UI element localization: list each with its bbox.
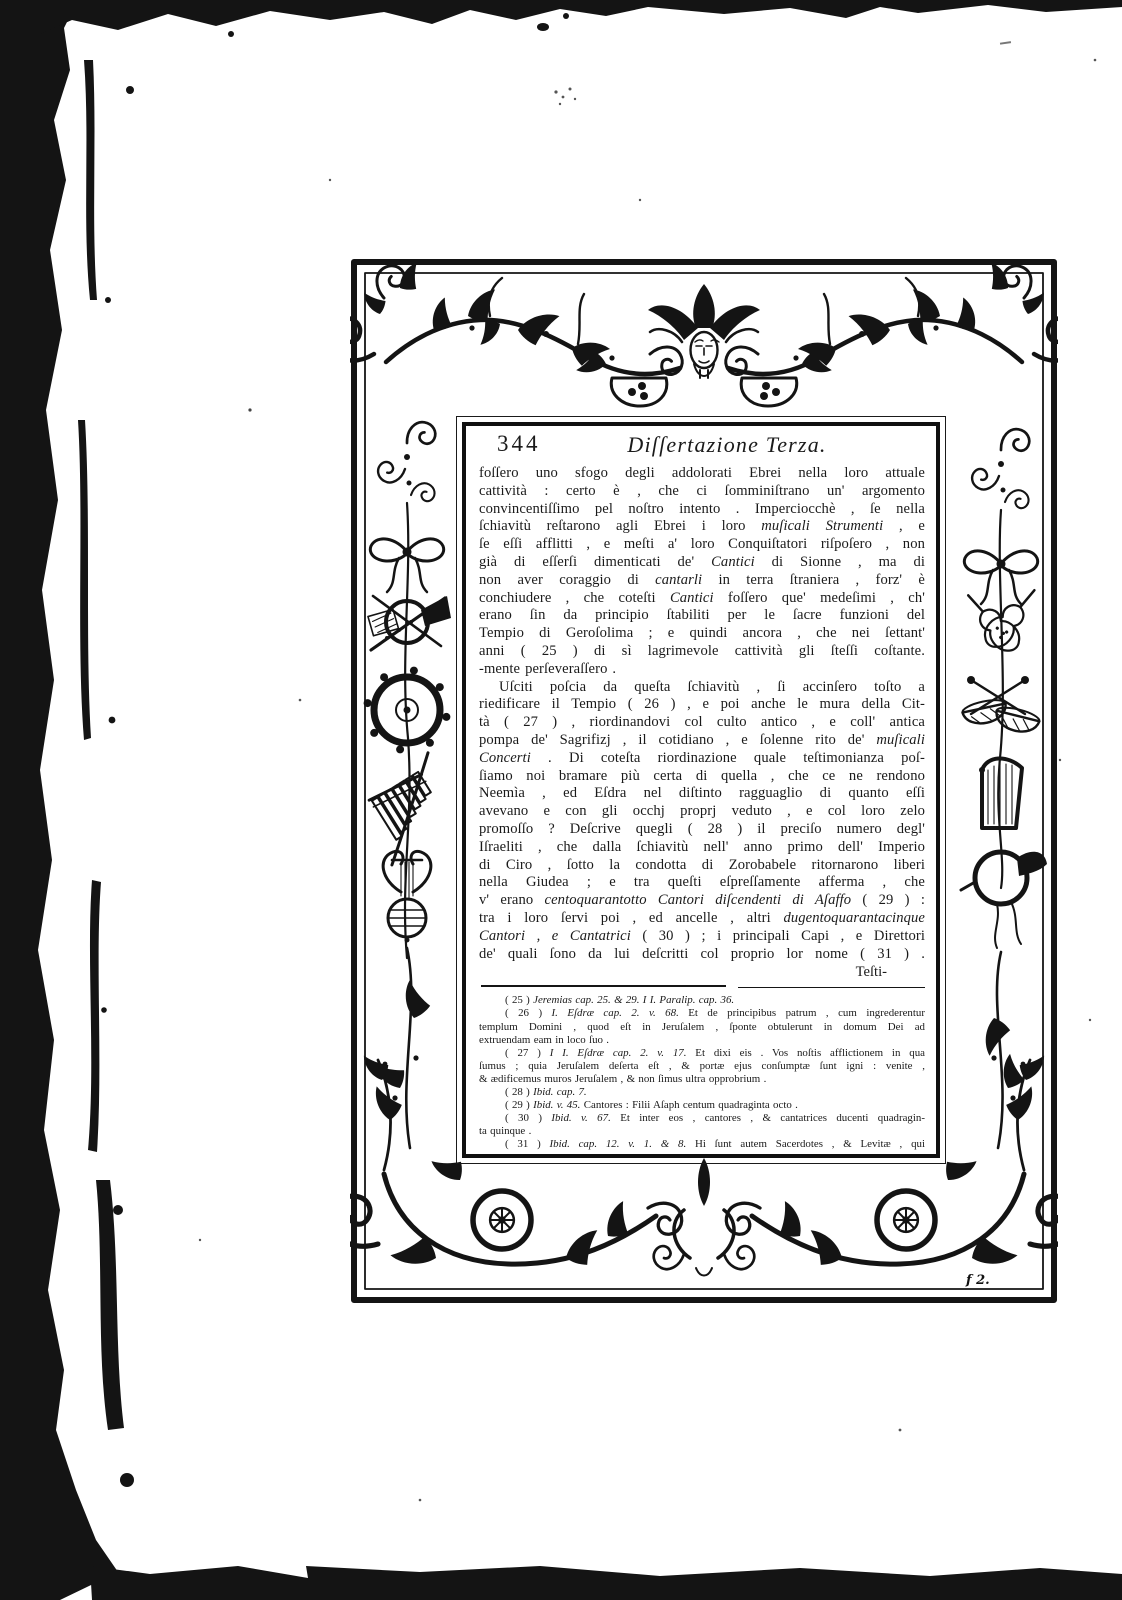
- body-line: erano ſin da principio ſtabiliti per le …: [479, 607, 925, 625]
- body-line: ſe eſſi afflitti , e meſti a' loro Conqu…: [479, 536, 925, 554]
- footnote-line: ( 27 ) I I. Eſdræ cap. 2. v. 17. Et dixi…: [479, 1047, 925, 1060]
- torn-gutter-edge: [0, 0, 118, 1600]
- body-line: conchiudere , che coteſti Cantici foſſer…: [479, 590, 925, 608]
- body-line: pompa de' Sagrifizj , il cotidiano , e ſ…: [479, 732, 925, 750]
- footnote-line: templum Domini , quod eſt in Jeruſalem ,…: [479, 1021, 925, 1034]
- footnote-line: extruendam eam in loco ſuo .: [479, 1034, 925, 1047]
- body-line: v' erano centoquarantotto Cantori diſcen…: [479, 892, 925, 910]
- body-line: nella Giudea ; e tra queſti eſpreſſament…: [479, 874, 925, 892]
- body-line: convincentiſſimo pel noſtro intento . Im…: [479, 501, 925, 519]
- tambourine-icon: [364, 667, 451, 754]
- text-block: 344 Diſſertazione Terza. foſſero uno sfo…: [462, 422, 940, 1158]
- footnote-line: ( 28 ) Ibid. cap. 7.: [479, 1086, 925, 1099]
- horn-and-flute-icon: [368, 596, 451, 650]
- plate-mark: f 2.: [965, 1273, 990, 1288]
- kettledrums-icon: [961, 676, 1041, 736]
- top-ornament: [350, 261, 1058, 406]
- page-number: 344: [497, 431, 541, 457]
- body-line: foſſero uno sfogo degli addolorati Ebrei…: [479, 465, 925, 483]
- body-line: riedificare il Tempio ( 26 ) , e poi anc…: [479, 696, 925, 714]
- body-line: tà ( 27 ) , riordinandovi col culto anti…: [479, 714, 925, 732]
- bottom-edge-strip: [90, 1566, 1122, 1600]
- footnote-line: ta quinque .: [479, 1125, 925, 1138]
- footnote-line: ( 26 ) I. Eſdræ cap. 2. v. 68. Et de pri…: [479, 1007, 925, 1020]
- body-line: anni ( 25 ) di sì lagrimevole cattività …: [479, 643, 925, 661]
- body-line: tra i loro ſervi poi , ed ancelle , altr…: [479, 910, 925, 928]
- top-edge-strip: [0, 0, 1122, 34]
- body-line: cattività : certo è , che ci ſomminiſtra…: [479, 483, 925, 501]
- body-line: Cantori , e Cantatrici ( 30 ) ; i princi…: [479, 928, 925, 946]
- footnote-line: & ædificemus muros Jeruſalem , & non ſim…: [479, 1073, 925, 1086]
- body-line: de' quali ſono da lui deſcritti col prop…: [479, 946, 925, 964]
- body-line: di Ciro , ſotto la condotta di Zorobabel…: [479, 857, 925, 875]
- footnote-line: ( 29 ) Ibid. v. 45. Cantores : Filii Aſa…: [479, 1099, 925, 1112]
- running-title: Diſſertazione Terza.: [569, 432, 885, 458]
- body-line: avevano e con gli occhj proprj veduto , …: [479, 803, 925, 821]
- footnote-line: ſumus ; quia Jeruſalem deſerta eſt , & p…: [479, 1060, 925, 1073]
- body-line: ſchiavitù reſtarono agli Ebrei i loro mu…: [479, 518, 925, 536]
- body-line: non aver coraggio di cantarli in terra ſ…: [479, 572, 925, 590]
- mask-face-icon: [648, 284, 760, 378]
- body-line: promoſſo ? Deſcrive quegli ( 28 ) il pre…: [479, 821, 925, 839]
- footnote-line: ( 25 ) Jeremias cap. 25. & 29. I I. Para…: [479, 994, 925, 1007]
- right-floral-stem: [997, 952, 1003, 1148]
- footnotes: ( 25 ) Jeremias cap. 25. & 29. I I. Para…: [479, 994, 925, 1151]
- hunting-horn-icon: [961, 852, 1047, 948]
- body-line: -mente perſeveraſſero .: [479, 661, 925, 679]
- body-line: Concerti . Di coteſta riordinazione qual…: [479, 750, 925, 768]
- footnote-line: ( 31 ) Ibid. cap. 12. v. 1. & 8. Hi ſunt…: [479, 1138, 925, 1151]
- text-block-inner: 344 Diſſertazione Terza. foſſero uno sfo…: [466, 426, 936, 1154]
- harp-icon: [979, 758, 1022, 828]
- body-line: Neemìa , ed Eſdra nel diſtinto ragguagli…: [479, 785, 925, 803]
- body-text: foſſero uno sfogo degli addolorati Ebrei…: [479, 465, 925, 963]
- body-line: Uſciti poſcia da queſta ſchiavitù , ſi a…: [479, 679, 925, 697]
- body-line: già di eſſerſi dimenticati de' Cantici d…: [479, 554, 925, 572]
- catchword: Teſti-: [479, 963, 925, 981]
- left-floral-stem: [406, 948, 411, 1148]
- left-instrument-trophy: [352, 420, 469, 1148]
- body-line: Tempio di Geroſolima ; e quindi ancora ,…: [479, 625, 925, 643]
- footnote-line: ( 30 ) Ibid. v. 67. Et inter eos , canto…: [479, 1112, 925, 1125]
- body-line: ſiamo noi bramare più certa di quella , …: [479, 768, 925, 786]
- page-header: 344 Diſſertazione Terza.: [479, 431, 925, 461]
- body-line: Iſraeliti , che dalla ſchiavitù nell' an…: [479, 839, 925, 857]
- right-instrument-trophy: [959, 427, 1047, 1148]
- scanned-book-page: f 2. 344 Diſſertazione Terza. foſſero un…: [0, 0, 1122, 1600]
- footnote-separator: [479, 985, 925, 988]
- bottom-center-finial: [649, 1147, 758, 1276]
